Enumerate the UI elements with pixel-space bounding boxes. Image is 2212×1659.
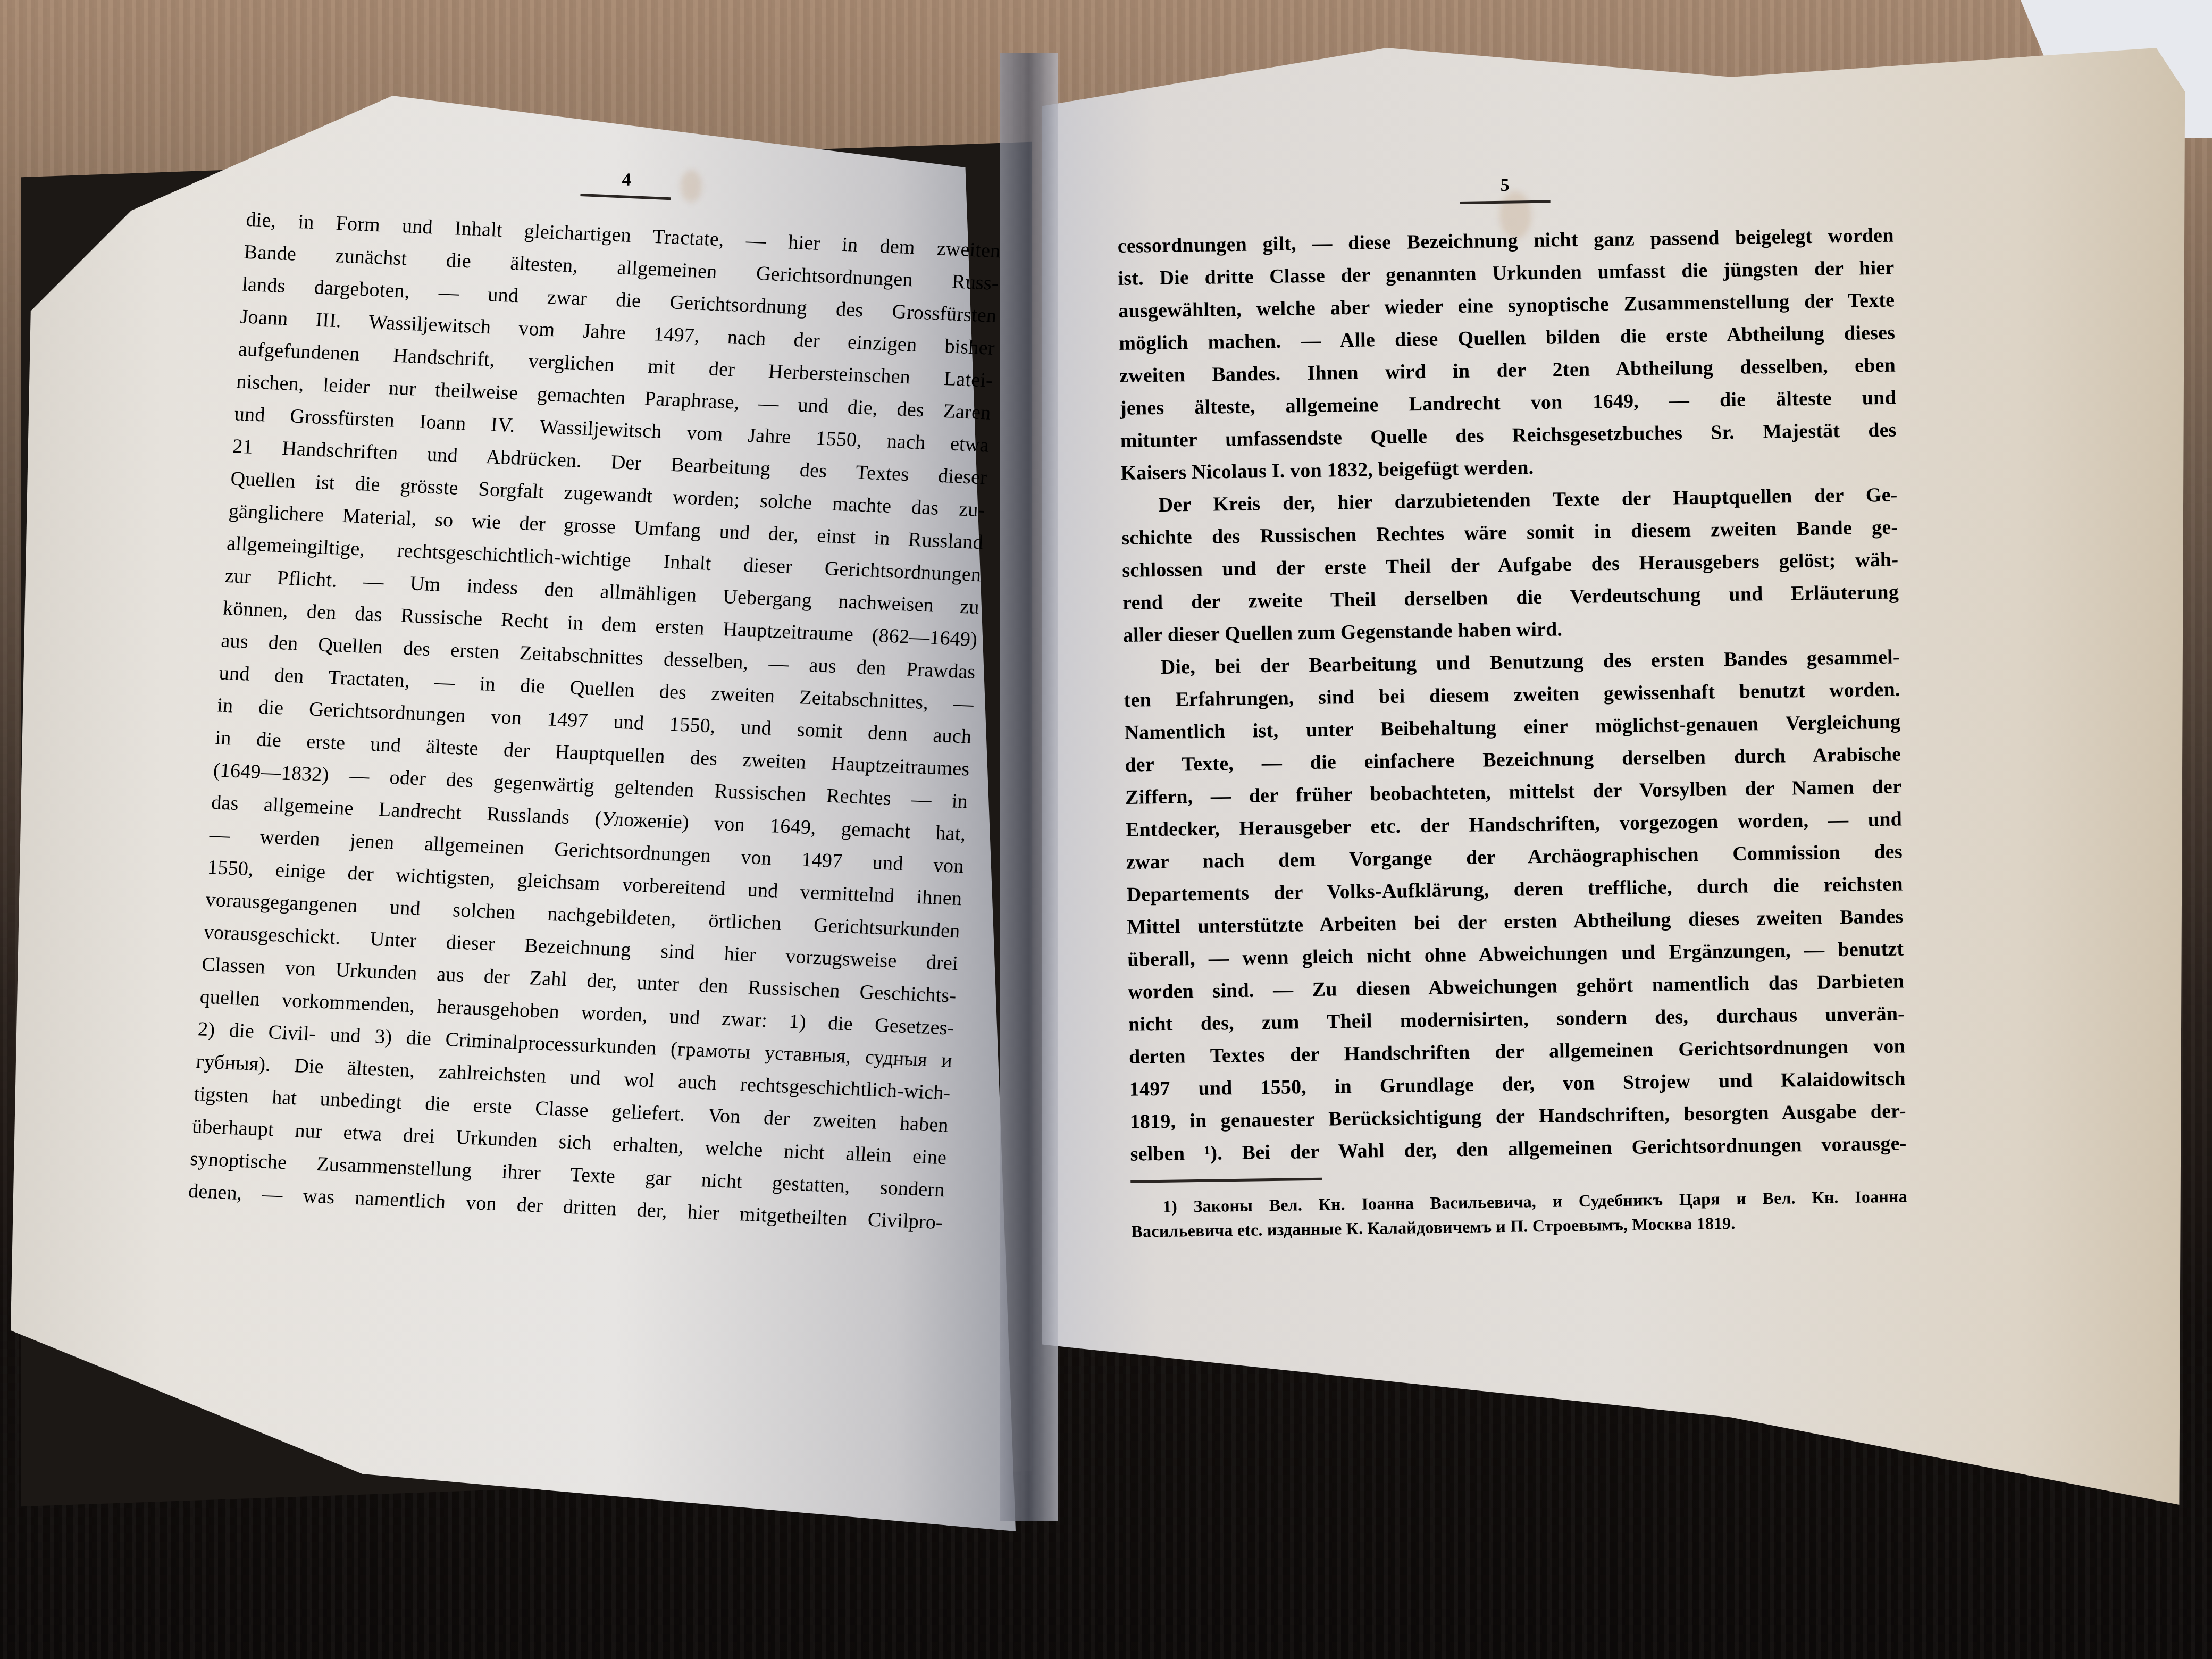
page-number-rule: [580, 194, 671, 200]
footnote-rule: [1130, 1178, 1322, 1183]
left-page-text: 4 die, in Form und Inhalt gleichartigen …: [187, 154, 1004, 1239]
page-number-rule: [1460, 200, 1551, 204]
book-gutter: [1000, 53, 1058, 1521]
left-page-body: die, in Form und Inhalt gleichartigen Tr…: [187, 204, 1001, 1239]
right-page-body: cessordnungen gilt, — diese Bezeichnung …: [1117, 220, 1907, 1171]
right-page-text: 5 cessordnungen gilt, — diese Bezeichnun…: [1117, 170, 1908, 1244]
